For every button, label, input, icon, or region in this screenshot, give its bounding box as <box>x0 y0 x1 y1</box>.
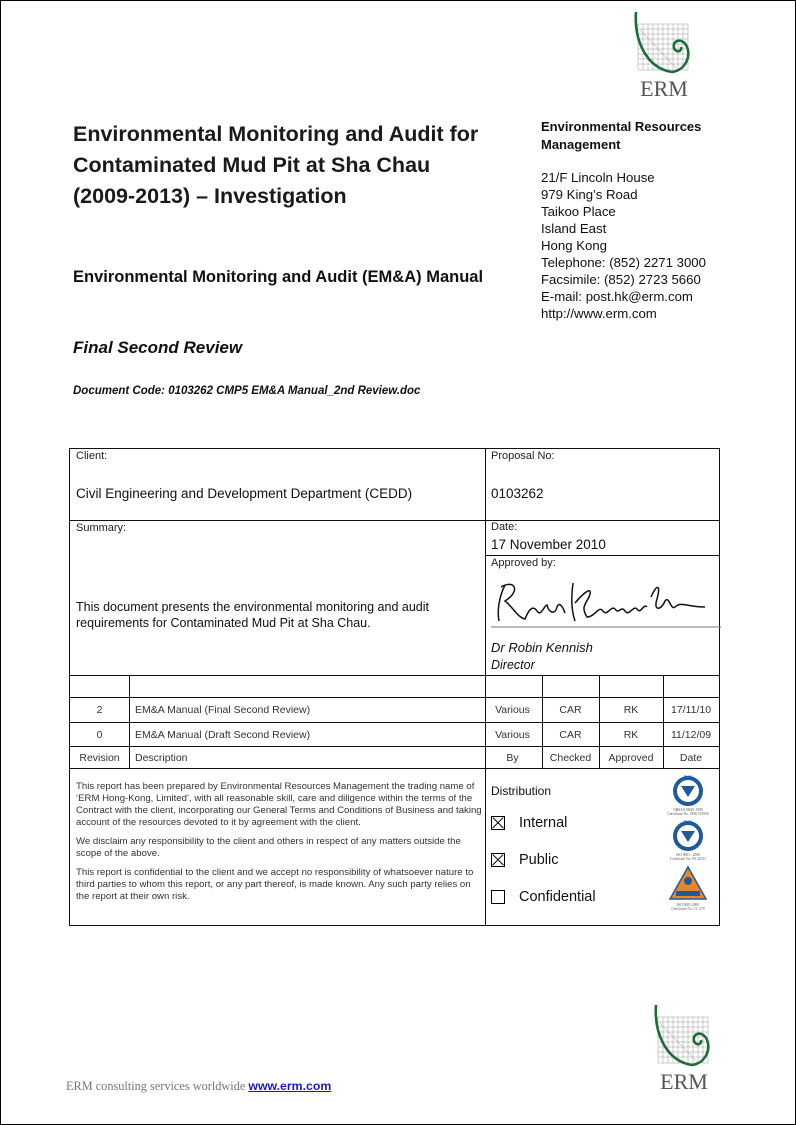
checkbox-public[interactable] <box>491 853 505 867</box>
client-value: Civil Engineering and Development Depart… <box>76 486 412 501</box>
document-subtitle: Environmental Monitoring and Audit (EM&A… <box>73 265 493 289</box>
address-line: 979 King’s Road <box>541 186 741 203</box>
review-status: Final Second Review <box>73 338 242 358</box>
cert-iso: BSI ISO 9001 : 2000 Certificate No. FS 3… <box>658 819 718 862</box>
approver-title: Director <box>491 658 535 672</box>
checkbox-confidential[interactable] <box>491 890 505 904</box>
revision-cell: CAR <box>542 729 599 741</box>
bsi-badge-icon: BSI <box>671 774 705 806</box>
proposal-label: Proposal No: <box>491 450 555 462</box>
email: E-mail: post.hk@erm.com <box>541 288 741 305</box>
revision-cell: Various <box>483 704 542 716</box>
erm-logo-top: ERM <box>628 10 700 102</box>
revision-cell: CAR <box>542 704 599 716</box>
company-name: Environmental Resources Management <box>541 118 731 153</box>
signature <box>491 577 721 629</box>
document-info-table: Client: Civil Engineering and Developmen… <box>69 448 720 926</box>
svg-text:BSI: BSI <box>684 821 692 826</box>
distribution-public[interactable]: Public <box>491 852 559 868</box>
distribution-label: Distribution <box>491 784 551 798</box>
revision-header-cell: Checked <box>542 752 599 764</box>
revision-cell: RK <box>599 704 663 716</box>
revision-cell: EM&A Manual (Final Second Review) <box>135 704 483 716</box>
date-value: 17 November 2010 <box>491 537 606 552</box>
revision-cell: Various <box>483 729 542 741</box>
footer-link[interactable]: www.erm.com <box>248 1079 331 1093</box>
proposal-value: 0103262 <box>491 486 544 501</box>
revision-cell: 17/11/10 <box>663 704 719 716</box>
document-code: Document Code: 0103262 CMP5 EM&A Manual_… <box>73 385 420 397</box>
cert-ohsas: BSI OHSAS 18001:1999 Certificate No. OHS… <box>658 774 718 817</box>
client-label: Client: <box>76 450 107 462</box>
checkbox-internal[interactable] <box>491 816 505 830</box>
disclaimer: This report has been prepared by Environ… <box>76 781 484 910</box>
svg-text:ERM: ERM <box>660 1069 708 1094</box>
address-line: Hong Kong <box>541 237 741 254</box>
distribution-confidential-label: Confidential <box>519 889 596 905</box>
revision-header-cell: Date <box>663 752 719 764</box>
company-address: 21/F Lincoln House 979 King’s Road Taiko… <box>541 169 741 322</box>
revision-header-cell: Approved <box>599 752 663 764</box>
hkqaa-badge-icon <box>668 865 708 901</box>
revision-cell: 11/12/09 <box>663 729 719 741</box>
distribution-public-label: Public <box>519 852 559 868</box>
disclaimer-paragraph: We disclaim any responsibility to the cl… <box>76 836 484 860</box>
approver-name: Dr Robin Kennish <box>491 640 593 655</box>
bsi-badge-icon: BSI <box>671 819 705 851</box>
revision-cell: 0 <box>70 729 129 741</box>
document-title: Environmental Monitoring and Audit for C… <box>73 119 493 212</box>
disclaimer-paragraph: This report has been prepared by Environ… <box>76 781 484 829</box>
facsimile: Facsimile: (852) 2723 5660 <box>541 271 741 288</box>
approved-by-label: Approved by: <box>491 557 556 569</box>
footer-text: ERM consulting services worldwide <box>66 1079 248 1093</box>
date-label: Date: <box>491 521 517 533</box>
revision-cell: 2 <box>70 704 129 716</box>
revision-header-cell: By <box>483 752 542 764</box>
svg-text:ERM: ERM <box>640 76 688 101</box>
summary-label: Summary: <box>76 522 126 534</box>
footer: ERM consulting services worldwide www.er… <box>66 1079 331 1094</box>
disclaimer-paragraph: This report is confidential to the clien… <box>76 867 484 903</box>
revision-cell: EM&A Manual (Draft Second Review) <box>135 729 483 741</box>
distribution-internal-label: Internal <box>519 815 567 831</box>
distribution-confidential[interactable]: Confidential <box>491 889 596 905</box>
cert-hkqaa: ISO 9001:2000 Certificate No. CC 479 <box>658 865 718 912</box>
revision-header-cell: Revision <box>70 752 129 764</box>
summary-value: This document presents the environmental… <box>76 599 476 631</box>
svg-text:BSI: BSI <box>684 776 692 781</box>
website: http://www.erm.com <box>541 305 741 322</box>
distribution-internal[interactable]: Internal <box>491 815 567 831</box>
address-line: Taikoo Place <box>541 203 741 220</box>
erm-logo-bottom: ERM <box>648 1003 720 1095</box>
telephone: Telephone: (852) 2271 3000 <box>541 254 741 271</box>
address-line: Island East <box>541 220 741 237</box>
revision-header-cell: Description <box>135 752 483 764</box>
revision-cell: RK <box>599 729 663 741</box>
address-line: 21/F Lincoln House <box>541 169 741 186</box>
